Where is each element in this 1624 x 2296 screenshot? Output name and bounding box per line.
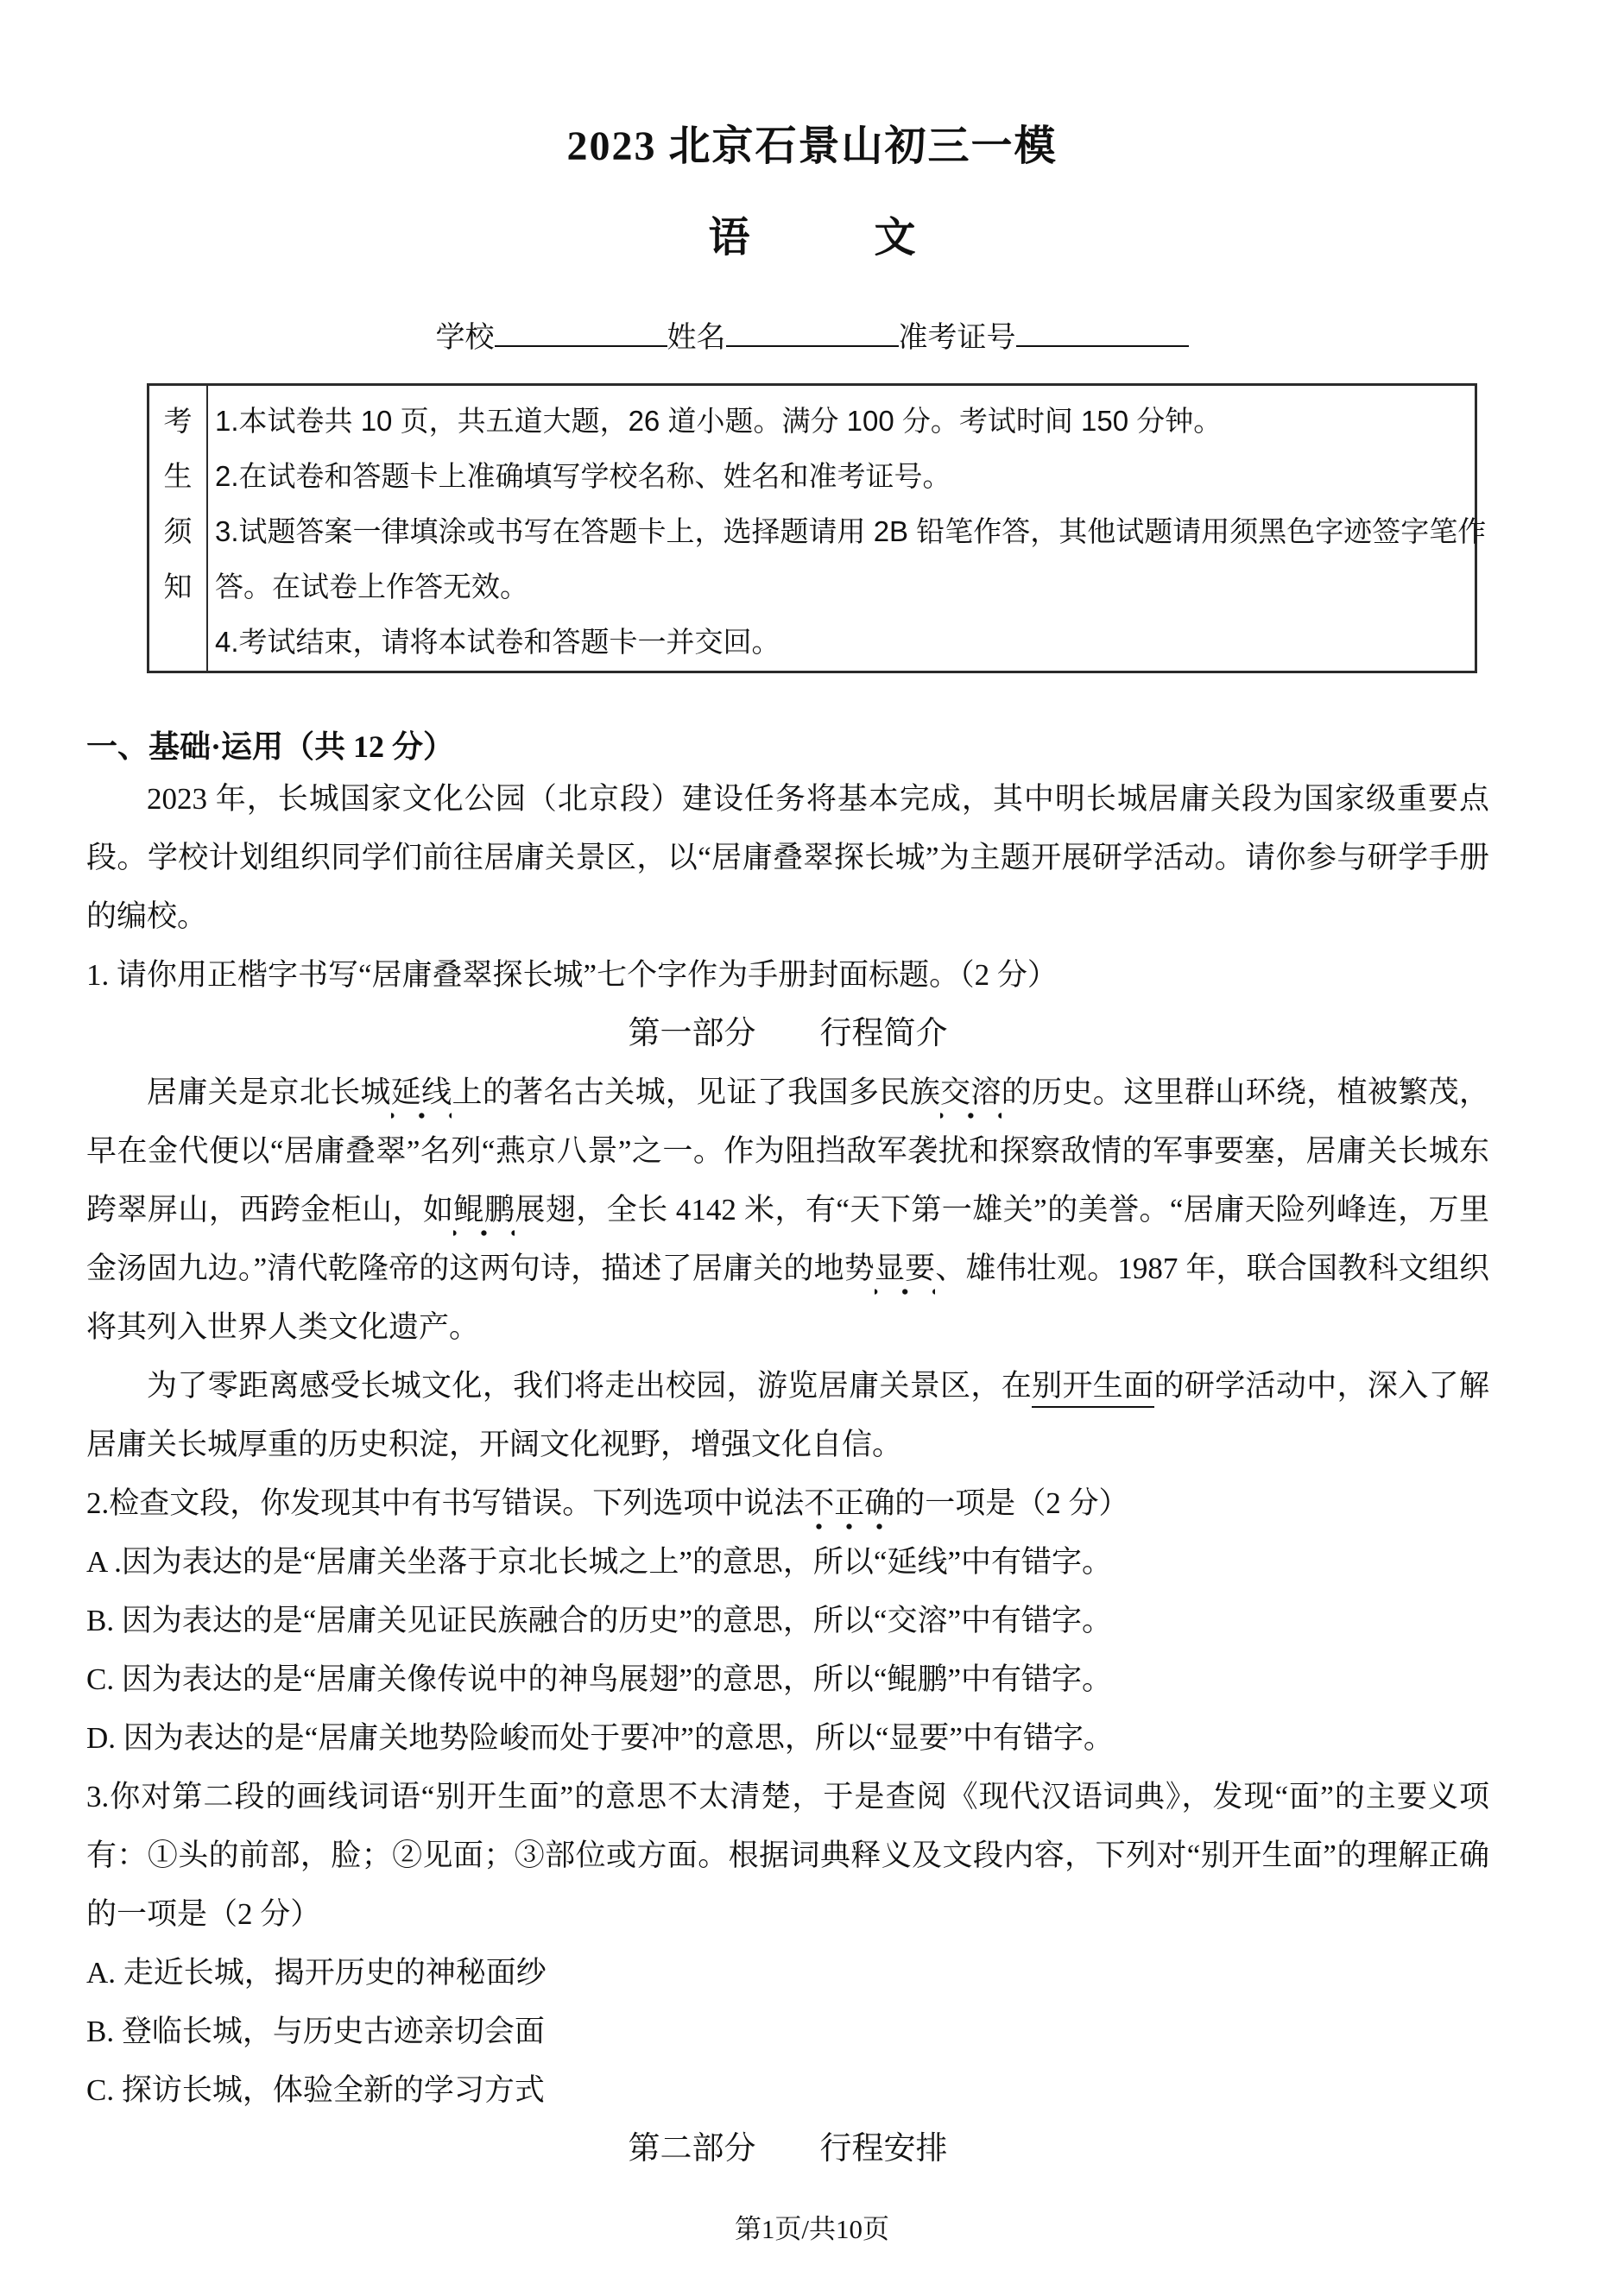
page-number-footer: 第1页/共10页 (0, 2207, 1624, 2246)
notice-side-char: 须 (149, 501, 206, 557)
question-2-option-a: A .因为表达的是“居庸关坐落于京北长城之上”的意思，所以“延线”中有错字。 (86, 1533, 1489, 1592)
question-2-option-b: B. 因为表达的是“居庸关见证民族融合的历史”的意思，所以“交溶”中有错字。 (86, 1592, 1489, 1650)
name-blank-line (726, 316, 899, 347)
subject-title: 语 文 (0, 214, 1624, 262)
question-2-text: 的一项是（2 分） (894, 1486, 1128, 1520)
question-2-option-c: C. 因为表达的是“居庸关像传说中的神鸟展翅”的意思，所以“鲲鹏”中有错字。 (86, 1650, 1489, 1709)
school-label: 学校 (436, 322, 495, 354)
question-2-option-d: D. 因为表达的是“居庸关地势险峻而处于要冲”的意思，所以“显要”中有错字。 (86, 1709, 1489, 1768)
exam-no-field: 准考证号 (899, 322, 1189, 354)
passage-text: 居庸关是京北长城 (147, 1075, 391, 1109)
question-2: 2.检查文段，你发现其中有书写错误。下列选项中说法不正确的一项是（2 分） (86, 1474, 1489, 1533)
exam-paper-page: 2023 北京石景山初三一模 语 文 学校姓名准考证号 考 生 须 知 1.本试… (0, 0, 1624, 2296)
section1-heading: 一、基础·运用（共 12 分） (86, 723, 1489, 770)
exam-no-blank-line (1016, 316, 1189, 347)
notice-side-label: 考 生 须 知 (149, 386, 208, 671)
notice-rule: 2.在试卷和答题卡上准确填写学校名称、姓名和准考证号。 (215, 446, 1486, 501)
part2-title: 第二部分 行程安排 (86, 2120, 1489, 2179)
notice-rule: 3.试题答案一律填涂或书写在答题卡上，选择题请用 2B 铅笔作答，其他试题请用须… (215, 501, 1486, 557)
emphasized-word-kunpeng: 鲲鹏 (453, 1193, 515, 1237)
notice-side-char: 生 (149, 446, 206, 501)
emphasized-word-buzhengque: 不正确 (804, 1486, 894, 1530)
part1-title: 第一部分 行程简介 (86, 1005, 1489, 1063)
notice-rule: 4.考试结束，请将本试卷和答题卡一并交回。 (215, 612, 1486, 667)
notice-side-char: 考 (149, 391, 206, 446)
question-3-option-b: B. 登临长城，与历史古迹亲切会面 (86, 2003, 1489, 2061)
school-field: 学校 (436, 322, 667, 354)
question-3: 3.你对第二段的画线词语“别开生面”的意思不太清楚，于是查阅《现代汉语词典》，发… (86, 1768, 1489, 1944)
exam-content: 一、基础·运用（共 12 分） 2023 年，长城国家文化公园（北京段）建设任务… (86, 723, 1489, 2179)
page-title: 2023 北京石景山初三一模 (0, 123, 1624, 171)
emphasized-word-jiaorong: 交溶 (940, 1075, 1002, 1120)
question-3-option-c: C. 探访长城，体验全新的学习方式 (86, 2061, 1489, 2120)
underlined-word-biekaishengmian: 别开生面 (1032, 1369, 1153, 1408)
notice-rule: 答。在试卷上作答无效。 (215, 557, 1486, 612)
passage-paragraph-2: 为了零距离感受长城文化，我们将走出校园，游览居庸关景区，在别开生面的研学活动中，… (86, 1357, 1489, 1474)
question-2-text: 2.检查文段，你发现其中有书写错误。下列选项中说法 (86, 1486, 804, 1520)
school-blank-line (495, 316, 667, 347)
notice-rule: 1.本试卷共 10 页，共五道大题，26 道小题。满分 100 分。考试时间 1… (215, 391, 1486, 446)
passage-paragraph-1: 居庸关是京北长城延线上的著名古关城，见证了我国多民族交溶的历史。这里群山环绕，植… (86, 1063, 1489, 1357)
emphasized-word-yanxian: 延线 (391, 1075, 452, 1120)
passage-text: 为了零距离感受长城文化，我们将走出校园，游览居庸关景区，在 (147, 1369, 1032, 1403)
notice-body: 1.本试卷共 10 页，共五道大题，26 道小题。满分 100 分。考试时间 1… (208, 386, 1496, 671)
emphasized-word-xianyao: 显要 (875, 1252, 935, 1296)
exam-no-label: 准考证号 (899, 322, 1016, 354)
registration-line: 学校姓名准考证号 (0, 316, 1624, 359)
name-label: 姓名 (667, 322, 726, 354)
notice-side-char: 知 (149, 557, 206, 612)
candidate-notice-box: 考 生 须 知 1.本试卷共 10 页，共五道大题，26 道小题。满分 100 … (147, 383, 1477, 673)
name-field: 姓名 (667, 322, 899, 354)
question-3-option-a: A. 走近长城，揭开历史的神秘面纱 (86, 1944, 1489, 2003)
question-1: 1. 请你用正楷字书写“居庸叠翠探长城”七个字作为手册封面标题。（2 分） (86, 946, 1489, 1005)
passage-text: 上的著名古关城，见证了我国多民族 (452, 1075, 940, 1109)
section1-intro-paragraph: 2023 年，长城国家文化公园（北京段）建设任务将基本完成，其中明长城居庸关段为… (86, 770, 1489, 946)
